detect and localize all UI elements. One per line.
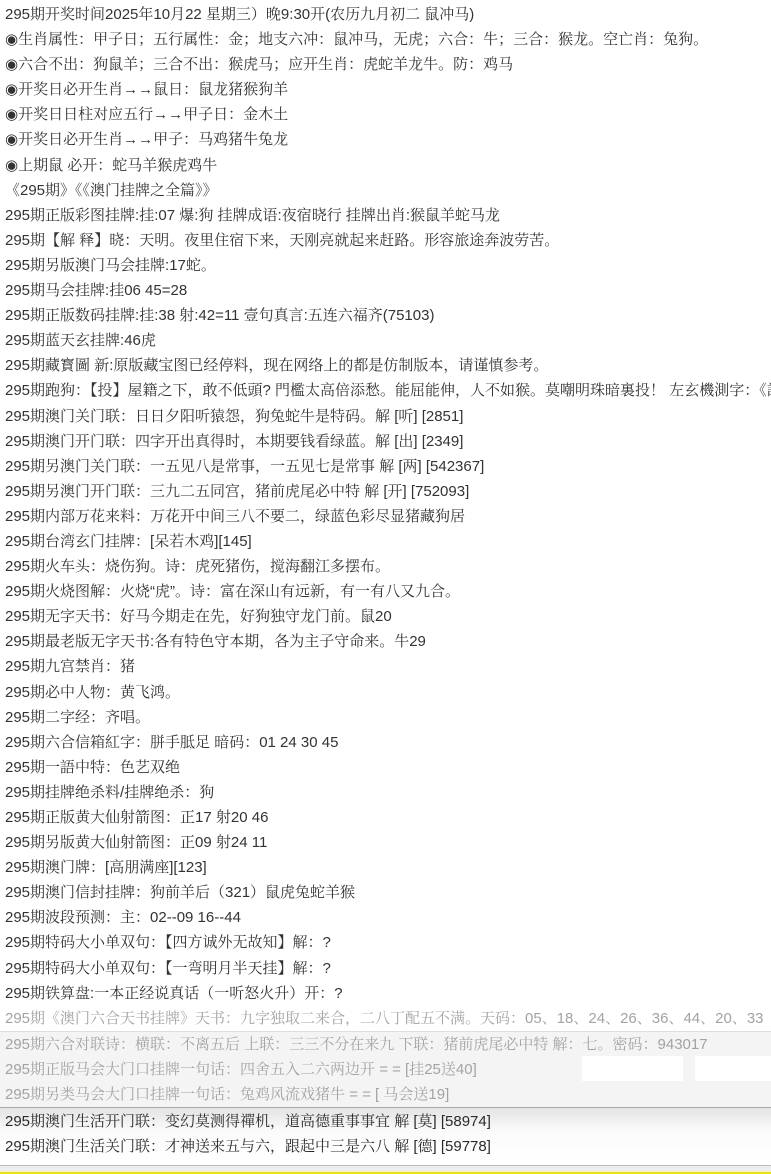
text-line: ◉六合不出：狗鼠羊；三合不出：猴虎马；应开生肖：虎蛇羊龙牛。防：鸡马 — [0, 52, 771, 77]
text-line: 295期澳门牌：[高朋满座][123] — [0, 855, 771, 880]
text-line: 295期另版黄大仙射箭图：正09 射24 11 — [0, 830, 771, 855]
text-line: 295期澳门信封挂牌：狗前羊后（321）鼠虎兔蛇羊猴 — [0, 880, 771, 905]
text-line: ◉上期鼠 必开：蛇马羊猴虎鸡牛 — [0, 153, 771, 178]
text-line: 295期内部万花来料：万花开中间三八不要二，绿蓝色彩尽显猪藏狗居 — [0, 504, 771, 529]
text-line: 295期最老版无字天书:各有特色守本期，各为主子守命来。牛29 — [0, 629, 771, 654]
text-line: 295期马会挂牌:挂06 45=28 — [0, 278, 771, 303]
text-line: 295期六合信箱紅字：胼手胝足 暗码：01 24 30 45 — [0, 730, 771, 755]
background-patch — [695, 1056, 771, 1081]
text-line: 295期火烧图解：火烧“虎”。诗：富在深山有远新，有一有八又九合。 — [0, 579, 771, 604]
text-line: 295期澳门关门联：日日夕阳听猿怨，狗兔蛇牛是特码。解 [听] [2851] — [0, 404, 771, 429]
text-line-muted: 295期《澳门六合天书挂牌》天书：九字独取二来合，二八丁配五不满。天码：05、1… — [0, 1006, 771, 1031]
text-line: 295期另版澳门马会挂牌:17蛇。 — [0, 253, 771, 278]
text-line: 295期特码大小单双句：【一弯明月半天挂】解：? — [0, 956, 771, 981]
text-line-muted: 295期另类马会大门口挂牌一句话：兔鸡风流戏猪牛 = = [ 马会送19] — [0, 1082, 771, 1107]
text-line-muted: 295期六合对联诗：横联：不离五后 上联：三三不分在来九 下联：猪前虎尾必中特 … — [0, 1032, 771, 1057]
text-line: 295期澳门生活关门联：才神送来五与六，跟起中三是六八 解 [德] [59778… — [0, 1134, 771, 1159]
text-line: 295期铁算盘:一本正经说真话（一听怒火升）开：? — [0, 981, 771, 1006]
text-line: 295期另澳门开门联：三九二五同宫，猪前虎尾必中特 解 [开] [752093] — [0, 479, 771, 504]
text-line: 《295期》《《澳门挂牌之全篇》》 — [0, 178, 771, 203]
text-line: 295期跑狗：【投】屋籍之下，敢不低頭? 門檻太高倍添愁。能屈能伸，人不如猴。莫… — [0, 378, 771, 403]
text-line: 295期二字经：齐唱。 — [0, 705, 771, 730]
text-line: 295期台湾玄门挂牌：[呆若木鸡][145] — [0, 529, 771, 554]
text-line: 295期正版黄大仙射箭图：正17 射20 46 — [0, 805, 771, 830]
lottery-tips-page: 295期开奖时间2025年10月22 星期三）晚9:30开(农历九月初二 鼠冲马… — [0, 0, 771, 1174]
muted-tips-section: 295期六合对联诗：横联：不离五后 上联：三三不分在来九 下联：猪前虎尾必中特 … — [0, 1031, 771, 1107]
text-line: 295期开奖时间2025年10月22 星期三）晚9:30开(农历九月初二 鼠冲马… — [0, 2, 771, 27]
text-line: 295期正版彩图挂牌:挂:07 爆:狗 挂牌成语:夜宿晓行 挂牌出肖:猴鼠羊蛇马… — [0, 203, 771, 228]
text-line: ◉开奖日必开生肖→→甲子：马鸡猪牛兔龙 — [0, 127, 771, 152]
text-line: 295期另澳门关门联：一五见八是常事，一五见七是常事 解 [两] [542367… — [0, 454, 771, 479]
text-line: 295期藏寳圖 新:原版藏宝图已经停料，现在网络上的都是仿制版本，请谨慎参考。 — [0, 353, 771, 378]
text-line: 295期澳门生活开门联：变幻莫测得禪机，道高德重事事宜 解 [莫] [58974… — [0, 1109, 771, 1134]
text-line: 295期火车头：烧伤狗。诗：虎死猪伤，搅海翻江多摆布。 — [0, 554, 771, 579]
life-couplets-panel: 295期澳门生活开门联：变幻莫测得禪机，道高德重事事宜 解 [莫] [58974… — [0, 1107, 771, 1163]
text-line: ◉开奖日日柱对应五行→→甲子日：金木土 — [0, 102, 771, 127]
text-line: 295期蓝天玄挂牌:46虎 — [0, 328, 771, 353]
main-tips-section: 295期开奖时间2025年10月22 星期三）晚9:30开(农历九月初二 鼠冲马… — [0, 2, 771, 1006]
text-line: ◉生肖属性：甲子日；五行属性：金；地支六冲：鼠冲马，无虎；六合：牛；三合：猴龙。… — [0, 27, 771, 52]
text-line: 295期无字天书：好马今期走在先，好狗独守龙门前。鼠20 — [0, 604, 771, 629]
text-line: 295期【解 释】晓：天明。夜里住宿下来，天刚亮就起来赶路。形容旅途奔波劳苦。 — [0, 228, 771, 253]
text-line: 295期波段预测：主：02--09 16--44 — [0, 905, 771, 930]
text-line: 295期一語中特：色艺双绝 — [0, 755, 771, 780]
text-line: 295期特码大小单双句：【四方诚外无故知】解：? — [0, 930, 771, 955]
text-line: 295期正版数码挂牌:挂:38 射:42=11 壹句真言:五连六福齐(75103… — [0, 303, 771, 328]
text-line: 295期挂牌绝杀料/挂牌绝杀：狗 — [0, 780, 771, 805]
text-line: 295期九宫禁肖：猪 — [0, 654, 771, 679]
text-line: ◉开奖日必开生肖→→鼠日：鼠龙猪猴狗羊 — [0, 77, 771, 102]
background-patch — [582, 1056, 683, 1081]
text-line: 295期澳门开门联：四字开出真得时，本期要钱看绿蓝。解 [出] [2349] — [0, 429, 771, 454]
text-line: 295期必中人物：黄飞鸿。 — [0, 680, 771, 705]
